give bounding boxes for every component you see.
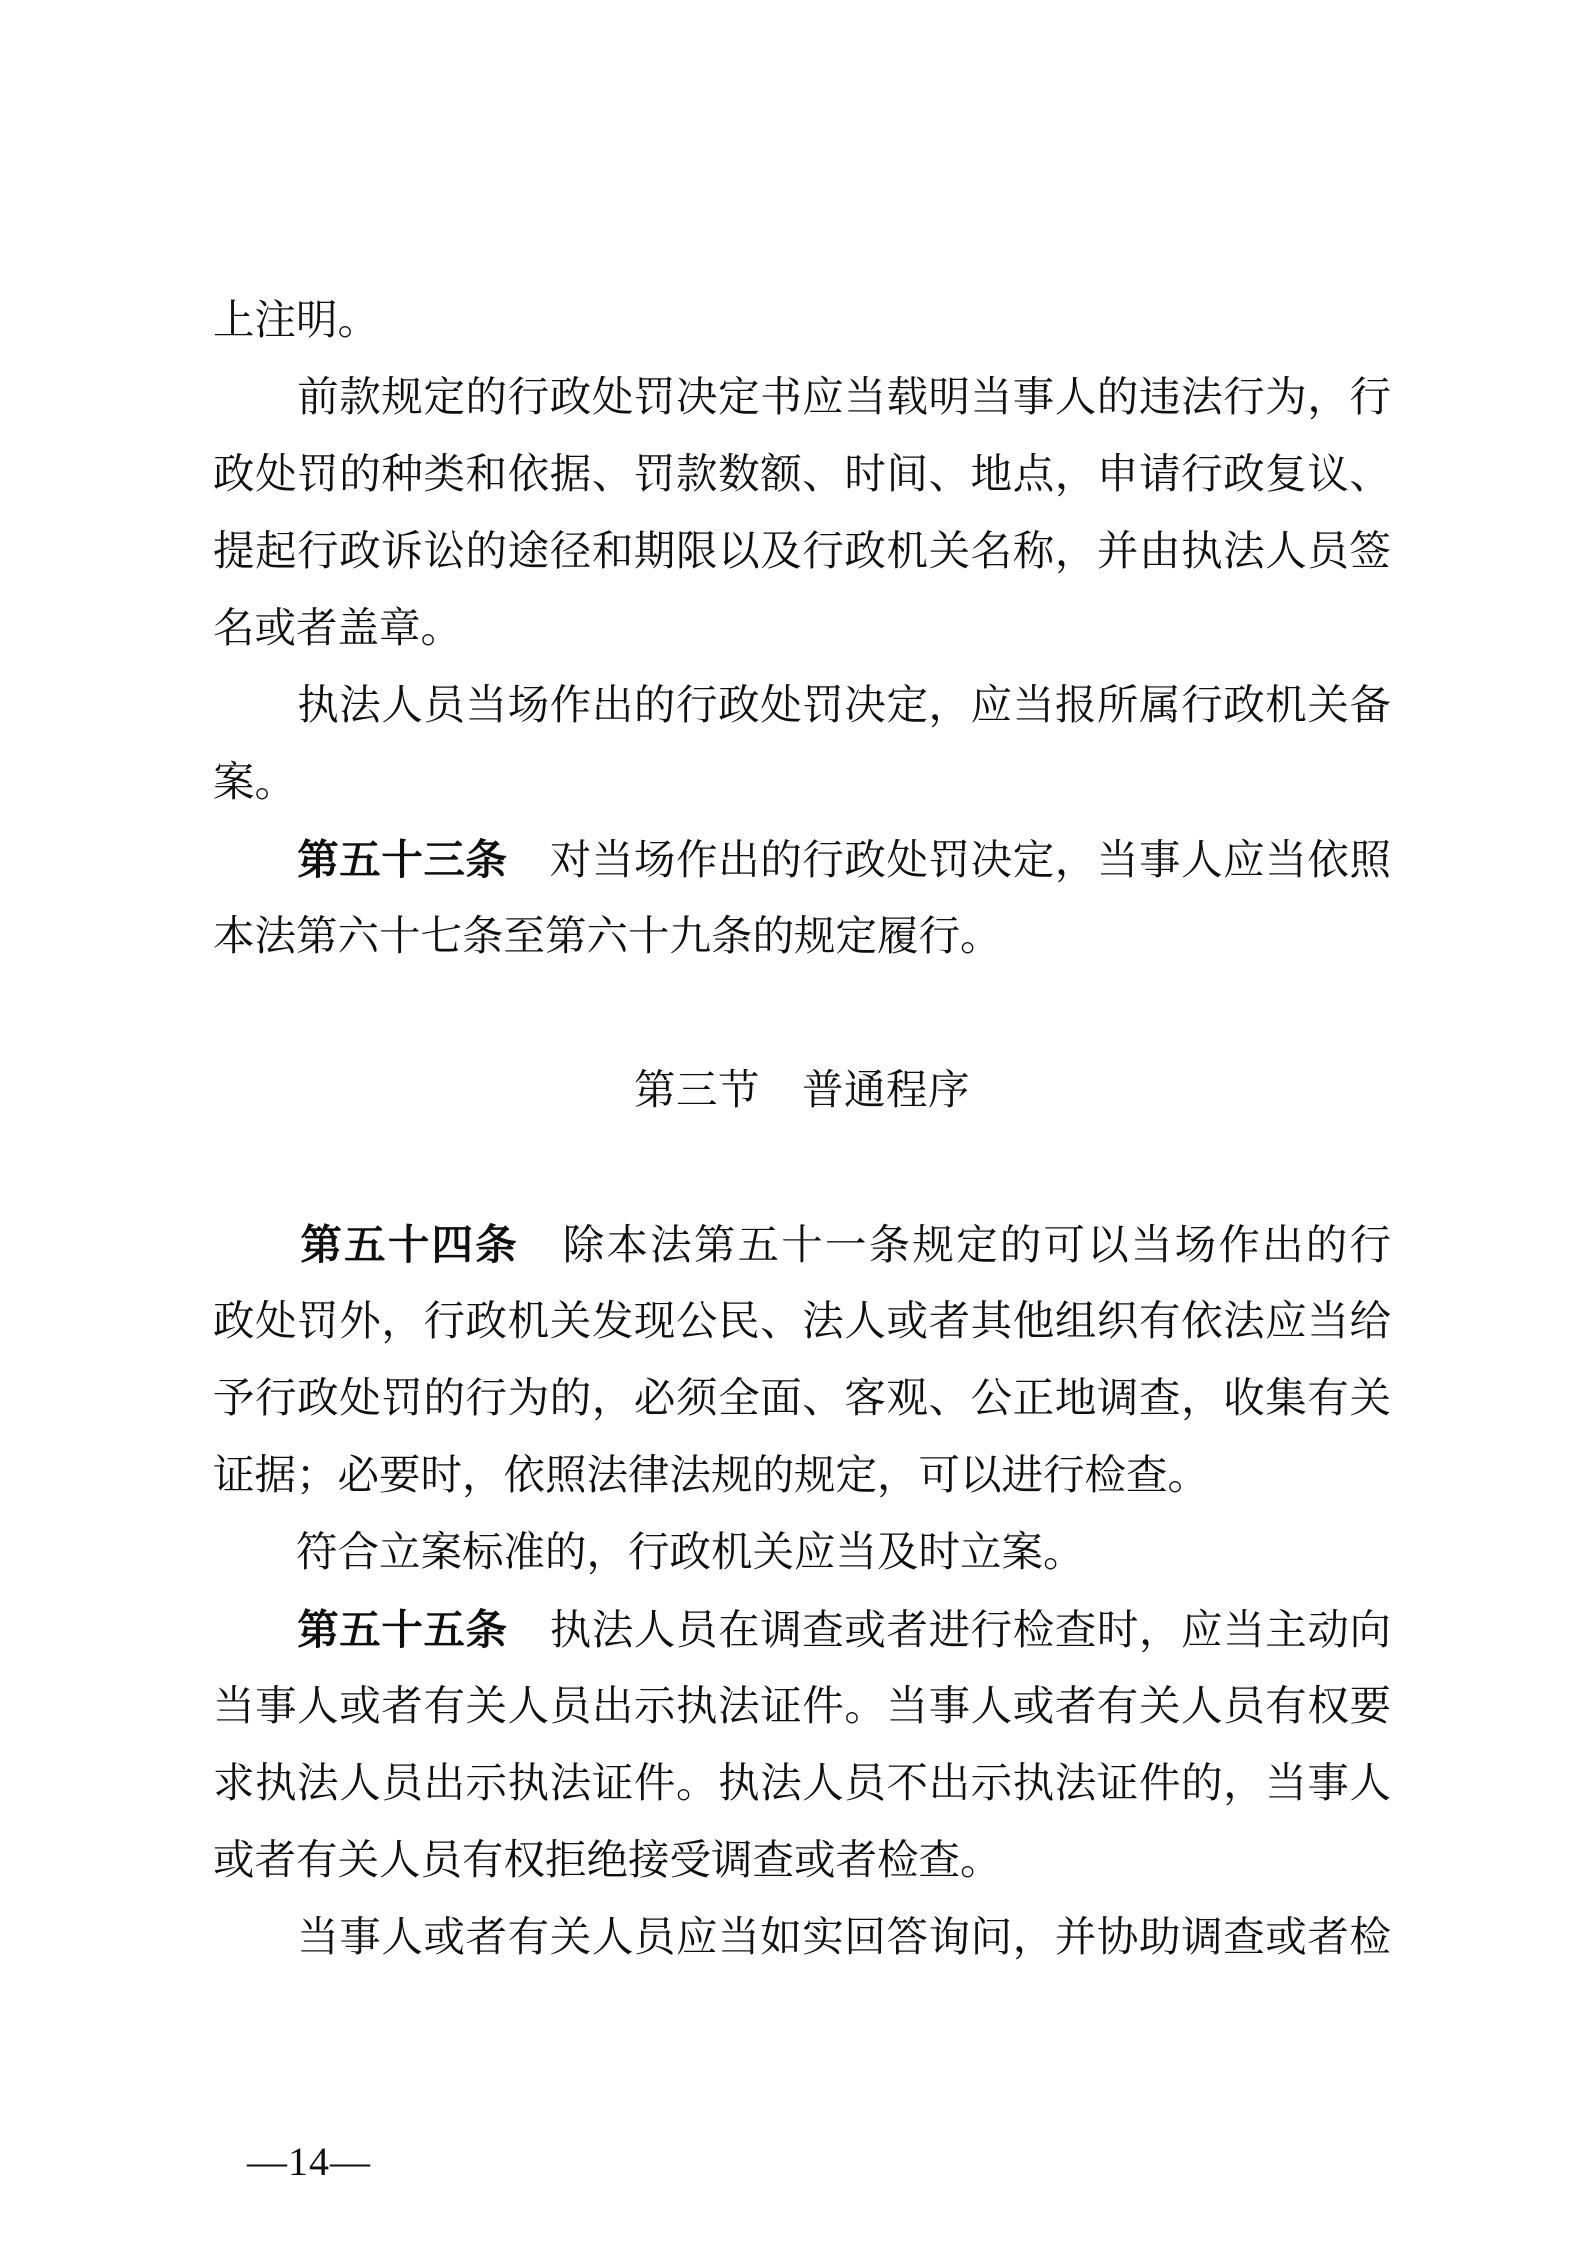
- text-line: 本法第六十七条至第六十九条的规定履行。: [213, 898, 1391, 975]
- article-text: 对当场作出的行政处罚决定，当事人应当依照: [508, 837, 1391, 883]
- text-line: 案。: [213, 744, 1391, 821]
- text-line: 第五十四条 除本法第五十一条规定的可以当场作出的行: [213, 1206, 1391, 1283]
- text-line: 证据；必要时，依照法律法规的规定，可以进行检查。: [213, 1437, 1391, 1514]
- article-number: 第五十四条: [300, 1221, 519, 1268]
- page-number: —14—: [247, 2140, 371, 2184]
- blank-line: [213, 975, 1391, 1052]
- text-line: 当事人或者有关人员应当如实回答询问，并协助调查或者检: [213, 1899, 1391, 1976]
- text-line: 提起行政诉讼的途径和期限以及行政机关名称，并由执法人员签: [213, 513, 1391, 590]
- text-line: 前款规定的行政处罚决定书应当载明当事人的违法行为，行: [213, 359, 1391, 436]
- article-number: 第五十三条: [297, 836, 507, 883]
- blank-line: [213, 1129, 1391, 1206]
- article-text: 执法人员在调查或者进行检查时，应当主动向: [508, 1607, 1391, 1653]
- text-line: 第五十三条 对当场作出的行政处罚决定，当事人应当依照: [213, 821, 1391, 898]
- text-line: 名或者盖章。: [213, 590, 1391, 667]
- document-body: 上注明。 前款规定的行政处罚决定书应当载明当事人的违法行为，行 政处罚的种类和依…: [213, 282, 1391, 1976]
- text-line: 或者有关人员有权拒绝接受调查或者检查。: [213, 1822, 1391, 1899]
- article-text: 除本法第五十一条规定的可以当场作出的行: [519, 1222, 1391, 1268]
- text-line: 执法人员当场作出的行政处罚决定，应当报所属行政机关备: [213, 667, 1391, 744]
- article-number: 第五十五条: [297, 1606, 507, 1653]
- text-line: 上注明。: [213, 282, 1391, 359]
- text-line: 予行政处罚的行为的，必须全面、客观、公正地调查，收集有关: [213, 1360, 1391, 1437]
- text-line: 符合立案标准的，行政机关应当及时立案。: [213, 1514, 1391, 1591]
- text-line: 第五十五条 执法人员在调查或者进行检查时，应当主动向: [213, 1591, 1391, 1668]
- text-line: 政处罚外，行政机关发现公民、法人或者其他组织有依法应当给: [213, 1283, 1391, 1360]
- text-line: 当事人或者有关人员出示执法证件。当事人或者有关人员有权要: [213, 1668, 1391, 1745]
- document-page: 上注明。 前款规定的行政处罚决定书应当载明当事人的违法行为，行 政处罚的种类和依…: [0, 0, 1587, 2245]
- text-line: 求执法人员出示执法证件。执法人员不出示执法证件的，当事人: [213, 1745, 1391, 1822]
- text-line: 政处罚的种类和依据、罚款数额、时间、地点，申请行政复议、: [213, 436, 1391, 513]
- section-heading: 第三节 普通程序: [213, 1052, 1391, 1129]
